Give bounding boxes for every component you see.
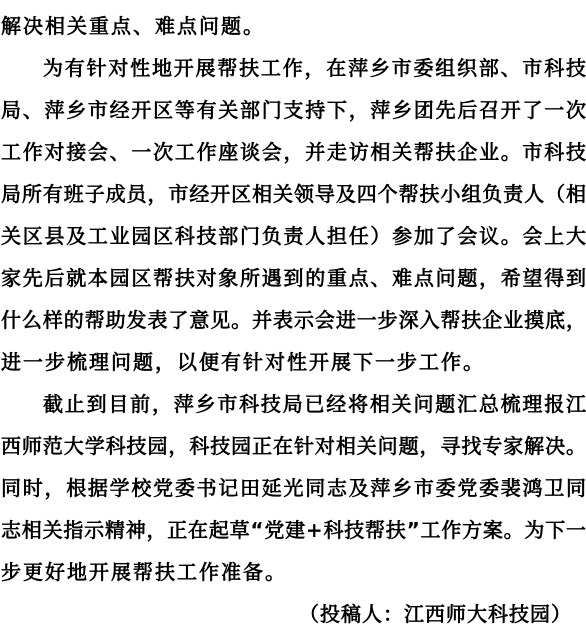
contributor-line: （投稿人：江西师大科技园） — [1, 593, 586, 635]
document-page: 解决相关重点、难点问题。 为有针对性地开展帮扶工作，在萍乡市委组织部、市科技 局… — [0, 0, 586, 643]
text-line: 步更好地开展帮扶工作准备。 — [1, 551, 586, 593]
text-line: 什么样的帮助发表了意见。并表示会进一步深入帮扶企业摸底， — [1, 299, 586, 341]
text-line: 西师范大学科技园，科技园正在针对相关问题，寻找专家解决。 — [1, 425, 586, 467]
text-line: 为有针对性地开展帮扶工作，在萍乡市委组织部、市科技 — [1, 47, 586, 89]
text-line: 局、萍乡市经开区等有关部门支持下，萍乡团先后召开了一次 — [1, 89, 586, 131]
text-line: 志相关指示精神，正在起草“党建+科技帮扶”工作方案。为下一 — [1, 509, 586, 551]
text-line: 局所有班子成员，市经开区相关领导及四个帮扶小组负责人（相 — [1, 173, 586, 215]
text-line: 解决相关重点、难点问题。 — [1, 5, 586, 47]
text-line: 截止到目前，萍乡市科技局已经将相关问题汇总梳理报江 — [1, 383, 586, 425]
text-line: 家先后就本园区帮扶对象所遇到的重点、难点问题，希望得到 — [1, 257, 586, 299]
text-line: 关区县及工业园区科技部门负责人担任）参加了会议。会上大 — [1, 215, 586, 257]
text-line: 工作对接会、一次工作座谈会，并走访相关帮扶企业。市科技 — [1, 131, 586, 173]
text-line: 同时，根据学校党委书记田延光同志及萍乡市委党委裴鸿卫同 — [1, 467, 586, 509]
text-line: 进一步梳理问题，以便有针对性开展下一步工作。 — [1, 341, 586, 383]
